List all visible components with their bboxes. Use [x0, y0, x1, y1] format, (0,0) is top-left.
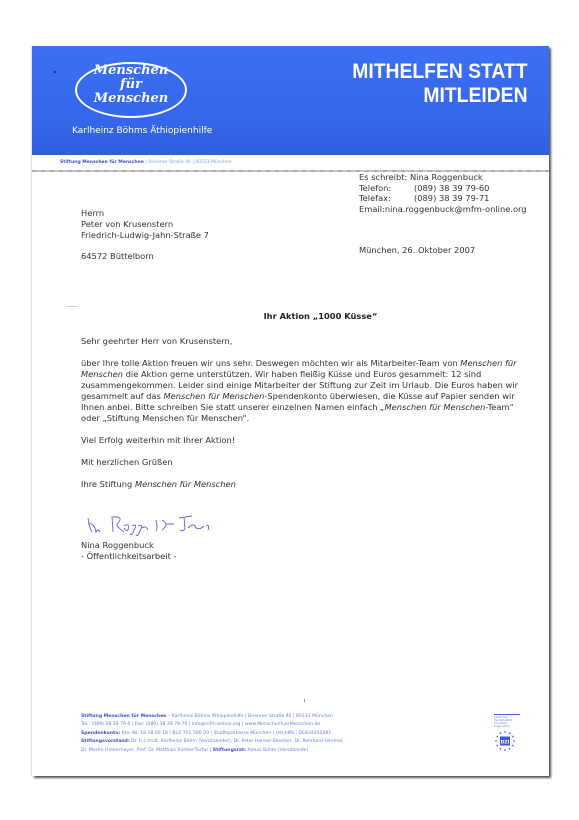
email-link[interactable]: nina.roggenbuck@mfm-online.org — [385, 204, 527, 214]
writer-label: Es schreibt: — [359, 172, 407, 182]
sender-org: Stiftung Menschen für Menschen — [60, 160, 144, 165]
signature-block: Nina Roggenbuck - Öffentlichkeitsarbeit … — [81, 540, 176, 562]
paragraph-wishes: Viel Erfolg weiterhin mit Ihrer Aktion! — [81, 435, 527, 446]
dzi-seal: Deutsches Zentralinstitut für soziale Fr… — [494, 714, 520, 758]
letterhead-banner: Menschen für Menschen Karlheinz Böhms Ät… — [32, 46, 549, 155]
recipient-salutation: Herrn — [81, 208, 209, 219]
slogan-line: MITLEIDEN — [353, 84, 528, 108]
letter-page: Menschen für Menschen Karlheinz Böhms Ät… — [32, 46, 549, 776]
logo-line: Menschen — [75, 92, 187, 106]
logo-line: für — [75, 78, 187, 92]
fax-label: Telefax: — [359, 193, 414, 204]
recipient-street: Friedrich-Ludwig-Jahn-Straße 7 — [81, 230, 209, 241]
letter-footer: Stiftung Menschen für Menschen – Karlhei… — [81, 713, 421, 755]
recipient-address: Herrn Peter von Krusenstern Friedrich-Lu… — [81, 208, 209, 262]
sender-return-address: Stiftung Menschen für Menschen | Brienne… — [60, 160, 232, 165]
letter-date: München, 26. Oktober 2007 — [359, 245, 475, 255]
contact-block: Es schreibt: Nina Roggenbuck Telefon:(08… — [359, 172, 527, 214]
page-dot — [304, 699, 305, 702]
paragraph-main: über Ihre tolle Aktion freuen wir uns se… — [81, 358, 527, 424]
recipient-city: 64572 Büttelborn — [81, 251, 209, 262]
greeting: Sehr geehrter Herr von Krusenstern, — [81, 336, 527, 347]
logo: Menschen für Menschen — [75, 64, 187, 106]
email-label: Email: — [359, 204, 385, 214]
writer-name: Nina Roggenbuck — [410, 172, 483, 182]
signer-name: Nina Roggenbuck — [81, 540, 176, 551]
footer-contact: Tel.: (089) 38 39 79-0 | Fax: (089) 38 3… — [81, 721, 421, 729]
scan-speck — [54, 71, 56, 73]
fax-value: (089) 38 39 79-71 — [414, 193, 489, 203]
dzi-star-circle-icon: DZI — [494, 730, 516, 752]
slogan-line: MITHELFEN STATT — [353, 60, 528, 84]
logo-subtitle: Karlheinz Böhms Äthiopienhilfe — [72, 126, 212, 136]
closing-org: Ihre Stiftung Menschen für Menschen — [81, 479, 527, 490]
slogan: MITHELFEN STATT MITLEIDEN — [353, 60, 528, 108]
letter-body: Sehr geehrter Herr von Krusenstern, über… — [81, 336, 527, 501]
closing: Mit herzlichen Grüßen — [81, 457, 527, 468]
phone-label: Telefon: — [359, 183, 414, 194]
fold-mark — [66, 306, 78, 307]
svg-text:DZI: DZI — [501, 740, 510, 746]
handwritten-signature — [84, 512, 214, 538]
recipient-name: Peter von Krusenstern — [81, 219, 209, 230]
phone-value: (089) 38 39 79-60 — [414, 183, 489, 193]
signer-role: - Öffentlichkeitsarbeit - — [81, 551, 176, 562]
subject-line: Ihr Aktion „1000 Küsse“ — [32, 311, 549, 321]
logo-line: Menschen — [75, 64, 187, 78]
sender-address: Brienner Straße 46 | 80333 München — [148, 160, 231, 165]
